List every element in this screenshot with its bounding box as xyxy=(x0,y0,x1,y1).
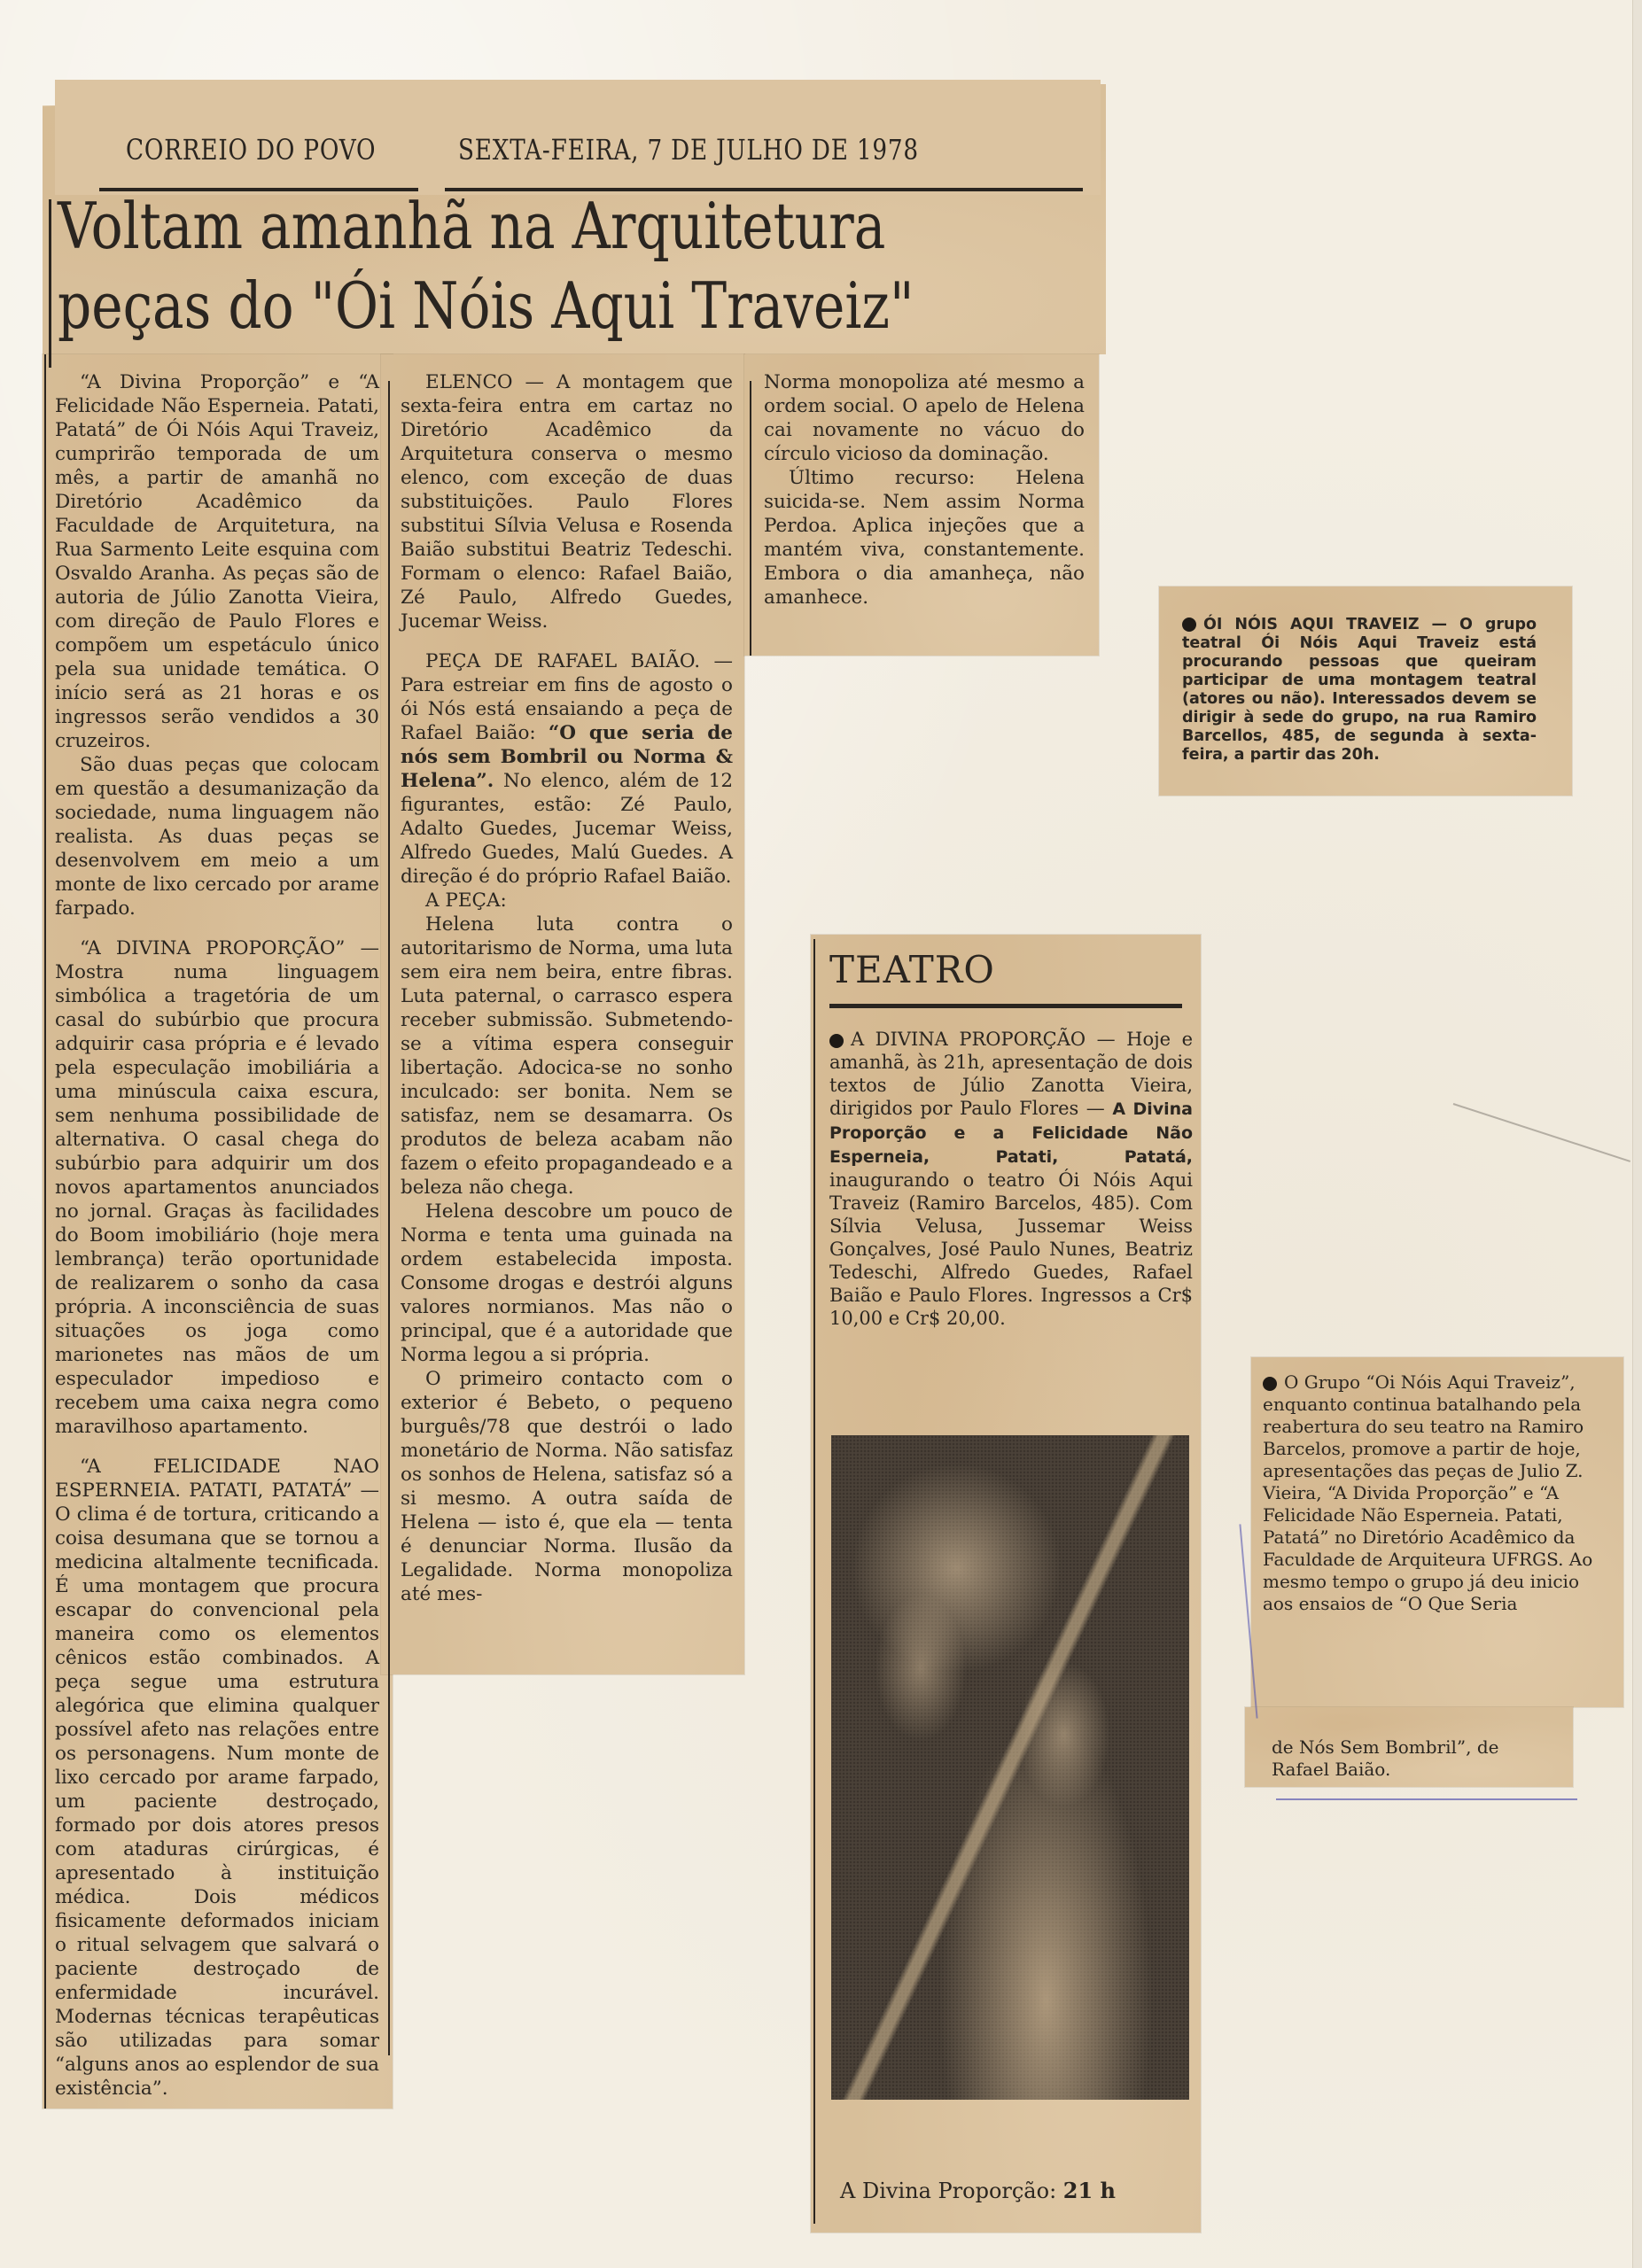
paper-crease xyxy=(1453,1103,1630,1162)
headline: Voltam amanhã na Arquitetura peças do "Ó… xyxy=(49,186,821,346)
listing-heading: A DIVINA PROPORÇÃO — xyxy=(851,1029,1116,1050)
subheading: “A FELICIDADE NAO ESPERNEIA. PATATI, PAT… xyxy=(55,1456,379,1502)
paragraph: ELENCO — A montagem que sexta-feira entr… xyxy=(401,370,733,633)
column-rule xyxy=(44,354,46,2109)
article-column-3: Norma monopoliza até mesmo a ordem socia… xyxy=(764,370,1085,610)
bullet-icon xyxy=(1182,617,1196,632)
headline-line-2: peças do "Ói Nóis Aqui Traveiz" xyxy=(49,266,821,346)
play-photo xyxy=(831,1435,1189,2100)
article-column-2: ELENCO — A montagem que sexta-feira entr… xyxy=(401,370,733,1606)
publication-date: SEXTA-FEIRA, 7 DE JULHO DE 1978 xyxy=(458,133,919,167)
paragraph: São duas peças que colocam em questão a … xyxy=(55,753,379,920)
notice-oi-nois: ÓI NÓIS AQUI TRAVEIZ — O grupo teatral Ó… xyxy=(1182,616,1537,765)
column-rule xyxy=(750,381,751,656)
paragraph: “A DIVINA PROPORÇÃO” — Mostra numa lingu… xyxy=(55,936,379,1439)
masthead: CORREIO DO POVO SEXTA-FEIRA, 7 DE JULHO … xyxy=(55,80,1101,195)
paragraph: Último recurso: Helena suicida-se. Nem a… xyxy=(764,466,1085,610)
paragraph: “A FELICIDADE NAO ESPERNEIA. PATATI, PAT… xyxy=(55,1455,379,2101)
bullet-icon xyxy=(829,1034,844,1048)
newspaper-name: CORREIO DO POVO xyxy=(126,133,376,167)
subheading: “A DIVINA PROPORÇÃO” xyxy=(80,937,345,959)
title-rule xyxy=(829,1004,1182,1008)
notice-grupo: O Grupo “Oi Nóis Aqui Traveiz”, enquanto… xyxy=(1263,1371,1604,1615)
headline-line-1: Voltam amanhã na Arquitetura xyxy=(49,186,821,266)
subheading: PEÇA DE RAFAEL BAIÃO. xyxy=(425,650,700,672)
paragraph: PEÇA DE RAFAEL BAIÃO. — Para estreiar em… xyxy=(401,649,733,889)
ink-underline xyxy=(1276,1798,1577,1800)
bullet-icon xyxy=(1263,1377,1277,1391)
article-column-1: “A Divina Proporção” e “A Felicidade Não… xyxy=(55,370,379,2101)
teatro-listing: A DIVINA PROPORÇÃO — Hoje e amanhã, às 2… xyxy=(829,1028,1193,1330)
paragraph: “A Divina Proporção” e “A Felicidade Não… xyxy=(55,370,379,753)
paragraph: Helena luta contra o autoritarismo de No… xyxy=(401,913,733,1200)
column-rule xyxy=(813,939,815,2224)
paragraph: O primeiro contacto com o exterior é Beb… xyxy=(401,1367,733,1606)
notice-heading: ÓI NÓIS AQUI TRAVEIZ xyxy=(1203,616,1420,633)
notice-grupo-continued: de Nós Sem Bombril”, de Rafael Baião. xyxy=(1272,1736,1555,1781)
photo-caption: A Divina Proporção: 21 h xyxy=(840,2178,1116,2203)
section-title: TEATRO xyxy=(829,948,1193,991)
paragraph: Helena descobre um pouco de Norma e tent… xyxy=(401,1200,733,1367)
paragraph: Norma monopoliza até mesmo a ordem socia… xyxy=(764,370,1085,466)
column-rule xyxy=(388,381,390,2055)
subheading: A PEÇA: xyxy=(401,889,733,913)
subheading: ELENCO xyxy=(425,371,513,393)
teatro-section: TEATRO A DIVINA PROPORÇÃO — Hoje e amanh… xyxy=(829,948,1193,1330)
page-edge xyxy=(1632,0,1642,2268)
